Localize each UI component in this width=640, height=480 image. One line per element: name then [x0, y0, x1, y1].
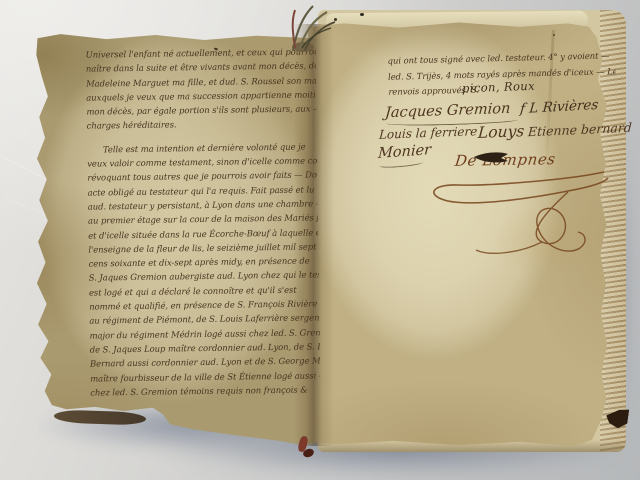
photo-backdrop: Universel l'enfant né actuellement, et c…	[0, 0, 640, 480]
manuscript-line: charges héréditaires.	[87, 117, 317, 135]
ink-speck	[553, 34, 555, 36]
manuscript-text-block: Universel l'enfant né actuellement, et c…	[86, 45, 321, 400]
signature-louys: Louys	[477, 122, 525, 142]
notary-paraph-flourish	[418, 150, 618, 262]
ink-speck	[360, 13, 364, 16]
ink-speck	[334, 18, 337, 21]
witness-names: picon, Roux	[462, 79, 535, 96]
binding-thread-tassel	[283, 0, 341, 52]
book-cover-edge	[54, 409, 146, 425]
